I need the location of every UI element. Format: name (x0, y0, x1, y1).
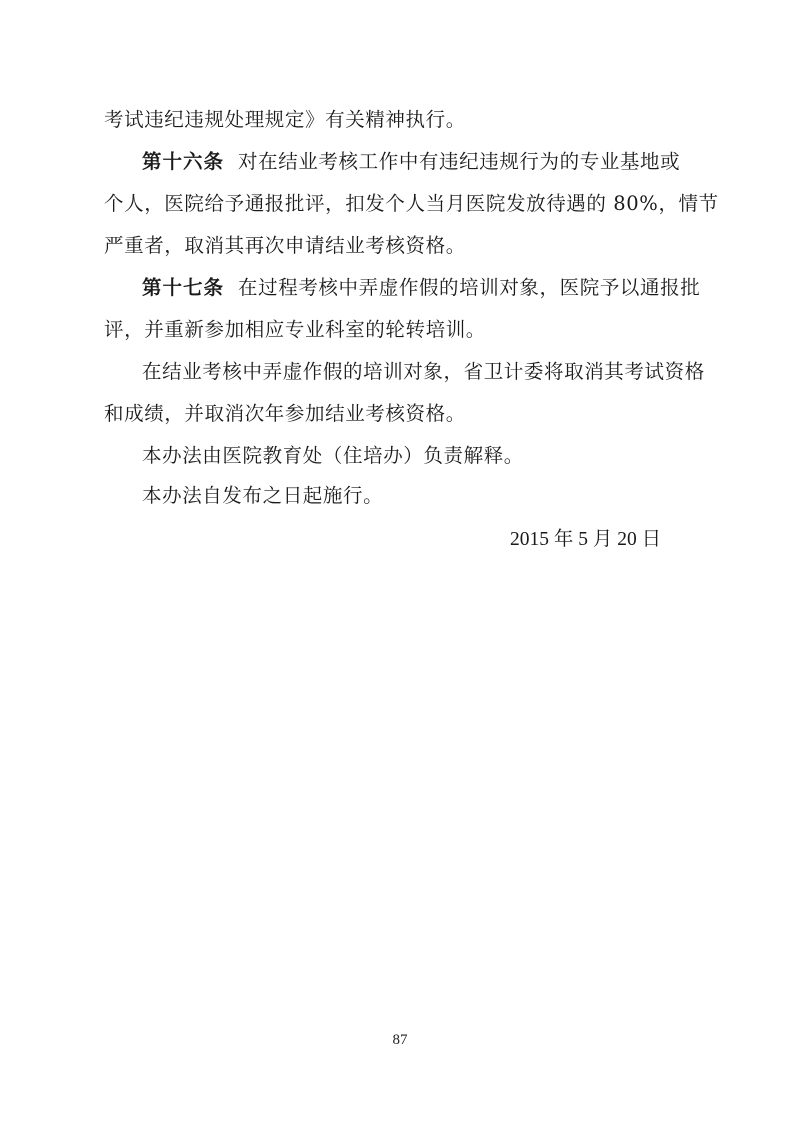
line-text: 本办法由医院教育处（住培办）负责解释。 (142, 444, 524, 467)
line-text: 在过程考核中弄虚作假的培训对象，医院予以通报批 (238, 276, 700, 299)
article-17-heading-line: 第十七条在过程考核中弄虚作假的培训对象，医院予以通报批 (142, 276, 700, 300)
line-text: 本办法自发布之日起施行。 (142, 484, 383, 507)
paragraph-line-6: 评，并重新参加相应专业科室的轮转培训。 (104, 318, 486, 342)
paragraph-line-1: 考试违纪违规处理规定》有关精神执行。 (104, 108, 466, 132)
line-text: 对在结业考核工作中有违纪违规行为的专业基地或 (238, 150, 680, 173)
document-page: 考试违纪违规处理规定》有关精神执行。 第十六条对在结业考核工作中有违纪违规行为的… (0, 0, 800, 1129)
document-date: 2015 年 5 月 20 日 (510, 528, 661, 552)
line-text: 个人，医院给予通报批评，扣发个人当月医院发放待遇的 80%，情节 (104, 192, 719, 215)
paragraph-line-10: 本办法自发布之日起施行。 (142, 484, 383, 508)
paragraph-line-7: 在结业考核中弄虚作假的培训对象，省卫计委将取消其考试资格 (142, 360, 705, 384)
article-16-heading-line: 第十六条对在结业考核工作中有违纪违规行为的专业基地或 (142, 150, 680, 174)
line-text: 在结业考核中弄虚作假的培训对象，省卫计委将取消其考试资格 (142, 360, 705, 383)
article-17-title: 第十七条 (142, 276, 224, 299)
page-number: 87 (0, 1032, 800, 1049)
line-text: 和成绩，并取消次年参加结业考核资格。 (104, 402, 466, 425)
line-text: 严重者，取消其再次申请结业考核资格。 (104, 234, 466, 257)
article-16-title: 第十六条 (142, 150, 224, 173)
line-text: 考试违纪违规处理规定》有关精神执行。 (104, 108, 466, 131)
paragraph-line-8: 和成绩，并取消次年参加结业考核资格。 (104, 402, 466, 426)
paragraph-line-3: 个人，医院给予通报批评，扣发个人当月医院发放待遇的 80%，情节 (104, 192, 719, 216)
paragraph-line-9: 本办法由医院教育处（住培办）负责解释。 (142, 444, 524, 468)
paragraph-line-4: 严重者，取消其再次申请结业考核资格。 (104, 234, 466, 258)
line-text: 评，并重新参加相应专业科室的轮转培训。 (104, 318, 486, 341)
